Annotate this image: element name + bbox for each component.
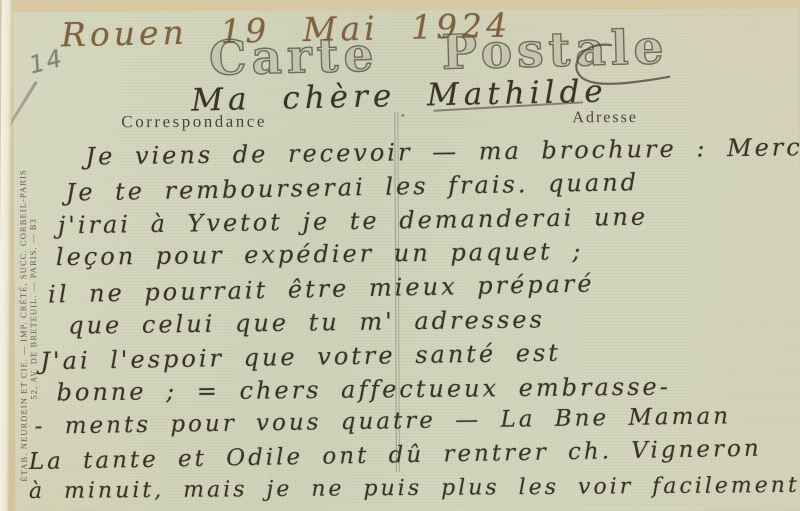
postcard-back: ÉTAB. NEURDEIN ET CIE. — IMP. CRÉTÉ, SUC… [13,8,800,511]
correspondance-label: Correspondance [121,112,267,133]
postcard-scan: ÉTAB. NEURDEIN ET CIE. — IMP. CRÉTÉ, SUC… [0,0,800,511]
scan-edge [0,0,12,511]
divider-dot [401,114,404,117]
handwritten-message: Je viens de recevoir — ma brochure : Mer… [27,136,800,511]
message-line: à minuit, mais je ne puis plus les voir … [29,473,800,511]
adresse-label: Adresse [572,109,638,127]
